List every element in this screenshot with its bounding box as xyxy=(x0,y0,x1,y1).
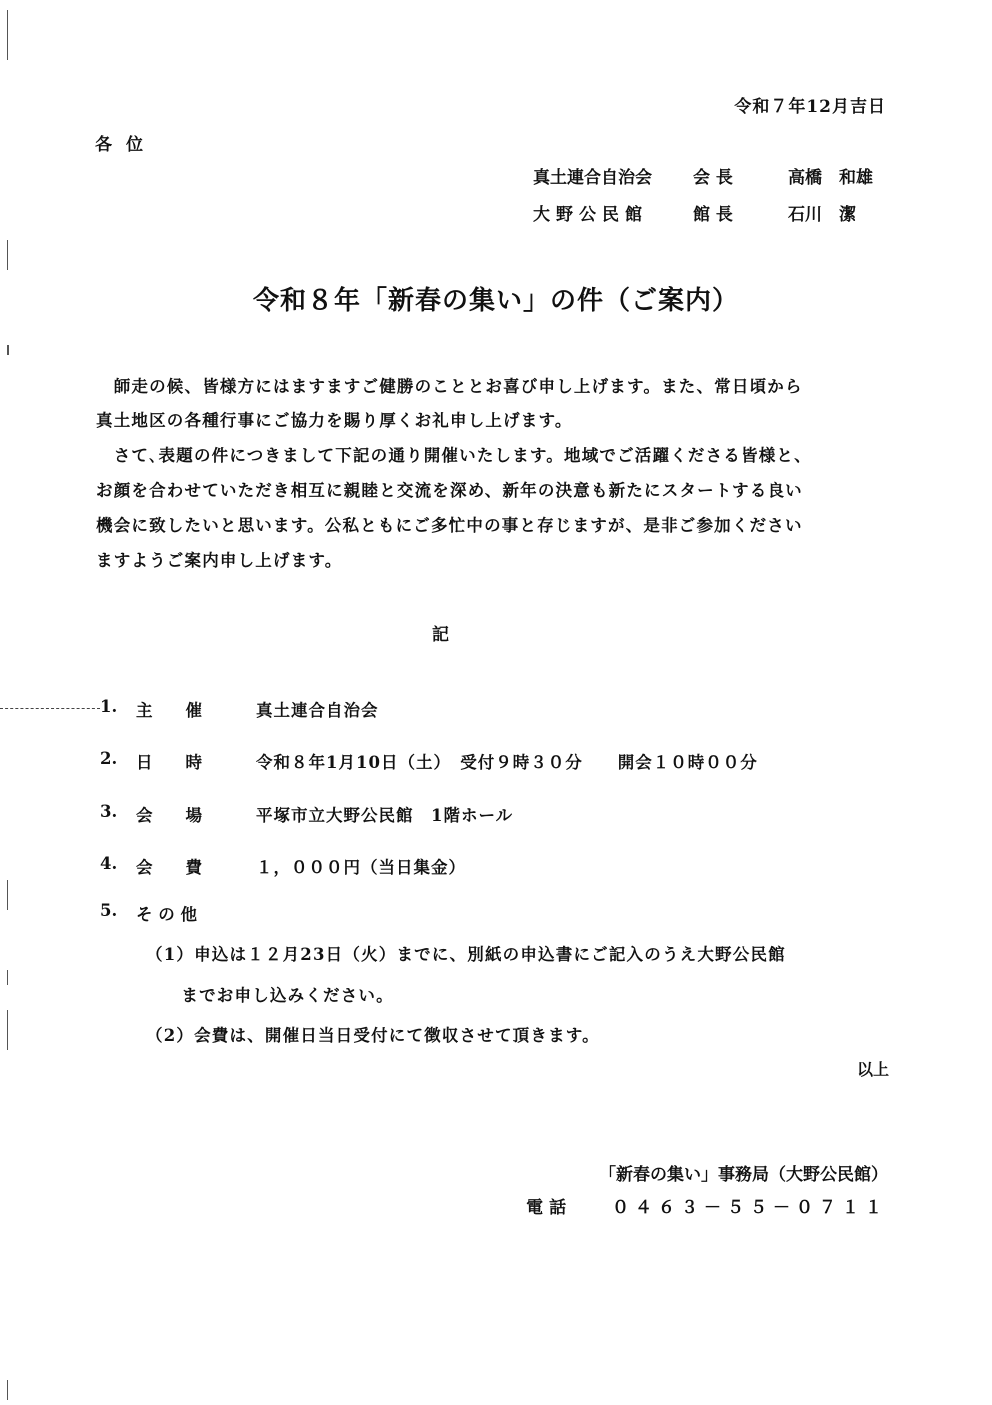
addressee: 各位 xyxy=(95,130,157,155)
item-label: 日 時 xyxy=(136,749,256,773)
body-line: 機会に致したいと思います。公私ともにご多忙中の事と存じますが、是非ご参加ください xyxy=(96,512,803,536)
item-number: 4. xyxy=(100,854,136,878)
other-note: までお申し込みください。 xyxy=(146,982,394,1006)
closing-mark: 以上 xyxy=(857,1057,889,1080)
scan-artifact xyxy=(7,240,8,270)
item-value: 平塚市立大野公民館 1階ホール xyxy=(256,802,513,826)
detail-item-organizer: 1. 主 催 真土連合自治会 xyxy=(100,697,379,721)
phone-number: ０４６３－５５－０７１１ xyxy=(612,1198,888,1218)
body-line: さて､表題の件につきまして下記の通り開催いたします。地域でご活躍くださる皆様と、 xyxy=(96,442,812,466)
scan-artifact xyxy=(7,880,8,910)
detail-item-venue: 3. 会 場 平塚市立大野公民館 1階ホール xyxy=(100,802,513,826)
scan-artifact xyxy=(7,1010,8,1050)
body-line: 師走の候、皆様方にはますますご健勝のこととお喜び申し上げます。また、常日頃から xyxy=(96,373,803,397)
body-line: お顔を合わせていただき相互に親睦と交流を深め、新年の決意も新たにスタートする良い xyxy=(96,477,803,501)
item-value: 真土連合自治会 xyxy=(256,697,379,721)
sender-1: 真土連合自治会 会 長 高橋 和雄 xyxy=(533,163,873,188)
sender-name: 高橋 和雄 xyxy=(788,163,873,188)
sender-role: 館 長 xyxy=(693,200,788,225)
phone-line: 電話 ０４６３－５５－０７１１ xyxy=(526,1193,888,1218)
scan-artifact xyxy=(7,1380,8,1400)
other-note: （1）申込は１２月23日（火）までに、別紙の申込書にご記入のうえ大野公民館 xyxy=(146,941,786,965)
item-label: 会 場 xyxy=(136,802,256,826)
sender-org: 大野公民館 xyxy=(533,200,693,225)
item-number: 2. xyxy=(100,749,136,773)
body-line: 真土地区の各種行事にご協力を賜り厚くお礼申し上げます。 xyxy=(96,407,573,431)
sender-org: 真土連合自治会 xyxy=(533,163,693,188)
item-label: 主 催 xyxy=(136,697,256,721)
sender-name: 石川 潔 xyxy=(788,200,856,225)
ki-heading: 記 xyxy=(432,620,449,645)
body-line: ますようご案内申し上げます。 xyxy=(96,547,342,571)
sender-role: 会 長 xyxy=(693,163,788,188)
scan-artifact-line xyxy=(0,708,100,709)
detail-item-fee: 4. 会 費 １，０００円（当日集金） xyxy=(100,854,466,878)
office-name: 「新春の集い」事務局（大野公民館） xyxy=(599,1160,888,1185)
item-value: 令和８年1月10日（土） 受付９時３０分 開会１０時００分 xyxy=(256,749,758,773)
item-number: 5. xyxy=(100,901,136,925)
item-value: １，０００円（当日集金） xyxy=(256,854,466,878)
other-note: （2）会費は、開催日当日受付にて徴収させて頂きます。 xyxy=(146,1022,600,1046)
sender-2: 大野公民館 館 長 石川 潔 xyxy=(533,200,856,225)
scan-artifact xyxy=(7,345,9,355)
item-label: 会 費 xyxy=(136,854,256,878)
detail-item-datetime: 2. 日 時 令和８年1月10日（土） 受付９時３０分 開会１０時００分 xyxy=(100,749,758,773)
item-number: 3. xyxy=(100,802,136,826)
document-date: 令和７年12月吉日 xyxy=(734,92,886,117)
detail-item-other: 5. そ の 他 xyxy=(100,901,256,925)
document-title: 令和８年「新春の集い」の件（ご案内） xyxy=(0,280,992,317)
scan-artifact xyxy=(7,10,8,60)
item-number: 1. xyxy=(100,697,136,721)
phone-label: 電話 xyxy=(526,1198,572,1218)
item-label: そ の 他 xyxy=(136,901,256,925)
scan-artifact xyxy=(7,970,8,985)
